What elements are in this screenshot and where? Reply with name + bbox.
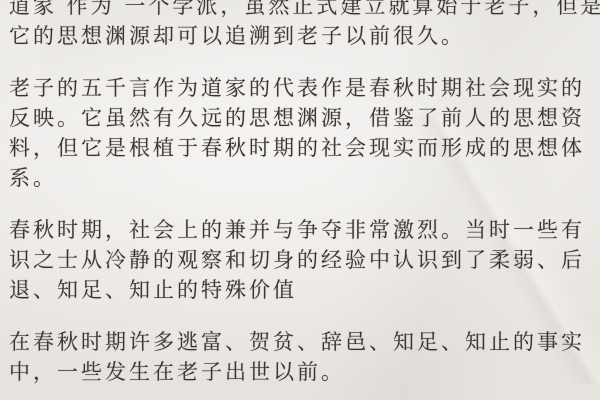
text-line: 料，但它是根植于春秋时期的社会现实而形成的思想体: [9, 133, 600, 163]
text-line: 系。: [9, 163, 600, 193]
text-line: 在春秋时期许多逃富、贺贫、辞邑、知足、知止的事实: [9, 327, 600, 357]
paragraph-4: 在春秋时期许多逃富、贺贫、辞邑、知足、知止的事实 中，一些发生在老子出世以前。: [9, 327, 600, 387]
paragraph-3: 春秋时期，社会上的兼并与争夺非常激烈。当时一些有 识之士从冷静的观察和切身的经验…: [9, 215, 600, 305]
text-line: 反映。它虽然有久远的思想渊源，借鉴了前人的思想资: [9, 103, 600, 133]
text-line: 退、知足、知止的特殊价值: [9, 275, 600, 305]
text-line: 春秋时期，社会上的兼并与争夺非常激烈。当时一些有: [9, 215, 600, 245]
text-line: 道家 作为 一个学派，虽然正式建立就算始于老子，但是，: [9, 0, 600, 21]
document-page: 道家 作为 一个学派，虽然正式建立就算始于老子，但是， 它的思想渊源却可以追溯到…: [0, 0, 600, 400]
paragraph-1: 道家 作为 一个学派，虽然正式建立就算始于老子，但是， 它的思想渊源却可以追溯到…: [9, 0, 600, 51]
text-line: 老子的五千言作为道家的代表作是春秋时期社会现实的: [9, 73, 600, 103]
text-line: 它的思想渊源却可以追溯到老子以前很久。: [9, 21, 600, 51]
text-line: 中，一些发生在老子出世以前。: [9, 357, 600, 387]
text-line: 识之士从冷静的观察和切身的经验中认识到了柔弱、后: [9, 245, 600, 275]
paragraph-2: 老子的五千言作为道家的代表作是春秋时期社会现实的 反映。它虽然有久远的思想渊源，…: [9, 73, 600, 193]
document-text: 道家 作为 一个学派，虽然正式建立就算始于老子，但是， 它的思想渊源却可以追溯到…: [9, 0, 600, 387]
